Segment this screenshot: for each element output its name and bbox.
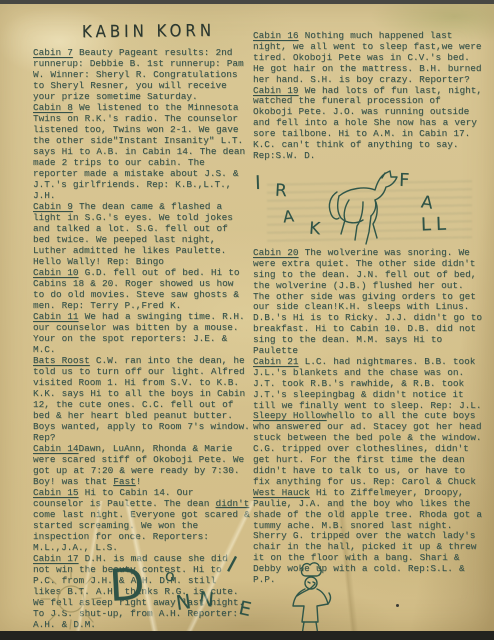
- section-heading: Cabin 7: [33, 47, 73, 58]
- ink-dot: [396, 604, 399, 607]
- underlined-word: Fast: [113, 476, 136, 487]
- section-heading: Cabin 8: [33, 102, 73, 113]
- scan-edge-bottom: [0, 631, 494, 640]
- section-heading: Cabin 21: [253, 356, 299, 367]
- section-heading: West Hauck: [253, 487, 310, 498]
- hand-letter-donnie: N: [198, 586, 215, 611]
- section-sleepy-hollow: Sleepy Hollowhello to all the cute boys …: [253, 411, 486, 487]
- hand-letter-donnie: D: [108, 559, 146, 612]
- section-cabin-14: Cabin 14Dawn, LuAnn, Rhonda & Marie were…: [33, 443, 250, 487]
- section-body: We had lots of fun last, night, watched …: [253, 85, 482, 161]
- page-title: KABIN KORN: [82, 20, 215, 42]
- hand-letter: A: [420, 197, 433, 209]
- section-heading: Cabin 19: [253, 85, 299, 96]
- section-heading: Cabin 9: [33, 201, 73, 212]
- newsletter-page: KABIN KORN Cabin 7 Beauty Pageant result…: [0, 4, 494, 631]
- section-body: The wolverine was snoring. We were extra…: [253, 247, 482, 356]
- left-column: Cabin 7 Beauty Pageant results: 2nd runn…: [33, 47, 250, 630]
- section-body: hello to all the cute boys who answered …: [253, 410, 482, 486]
- section-cabin-21: Cabin 21 L.C. had nightmares. B.B. took …: [253, 357, 486, 412]
- section-heading: Sleepy Hollow: [253, 410, 327, 421]
- section-heading: Cabin 11: [33, 311, 79, 322]
- horse-icon: [319, 170, 419, 246]
- section-heading: Cabin 20: [253, 247, 299, 258]
- hand-letter: LL: [421, 219, 451, 231]
- right-column: Cabin 16 Nothing much happened last nigh…: [253, 31, 486, 586]
- section-body: We listened to the Minnesota Twins on R.…: [33, 102, 245, 201]
- section-cabin-7: Cabin 7 Beauty Pageant results: 2nd runn…: [33, 47, 250, 102]
- section-cabin-16: Cabin 16 Nothing much happened last nigh…: [253, 31, 486, 86]
- hand-letter-donnie: N: [174, 589, 192, 615]
- underlined-word: didn't: [216, 498, 250, 509]
- section-heading: Cabin 15: [33, 487, 79, 498]
- section-body-tail: !: [136, 476, 142, 487]
- section-heading: Cabin 17: [33, 553, 79, 564]
- section-cabin-8: Cabin 8 We listened to the Minnesota Twi…: [33, 102, 250, 201]
- hand-letter: I: [255, 178, 261, 189]
- section-cabin-15: Cabin 15 Hi to Cabin 14. Our counselor i…: [33, 487, 250, 553]
- section-cabin-20: Cabin 20 The wolverine was snoring. We w…: [253, 248, 486, 357]
- hand-letter: R: [275, 186, 287, 198]
- section-bats-roost: Bats Roost C.W. ran into the dean, he to…: [33, 355, 250, 443]
- hand-letter-donnie: o: [164, 566, 176, 586]
- chef-icon: [284, 562, 342, 638]
- section-cabin-10: Cabin 10 G.D. fell out of bed. Hi to Cab…: [33, 267, 250, 311]
- hand-letter: A: [282, 211, 294, 223]
- section-cabin-19: Cabin 19 We had lots of fun last, night,…: [253, 86, 486, 162]
- section-body: C.W. ran into the dean, he told us to tu…: [33, 355, 250, 443]
- section-heading: Cabin 14: [33, 443, 79, 454]
- section-cabin-9: Cabin 9 The dean came & flashed a light …: [33, 201, 250, 267]
- section-body-tail: come last night. Everyone got scared & s…: [33, 509, 250, 553]
- section-heading: Bats Roost: [33, 355, 90, 366]
- section-heading: Cabin 10: [33, 267, 79, 278]
- horse-doodle-area: I R A K F A LL: [253, 162, 486, 248]
- sun-icon: [38, 566, 104, 632]
- section-cabin-11: Cabin 11 We had a swinging time. R.H. ou…: [33, 311, 250, 355]
- section-heading: Cabin 16: [253, 30, 299, 41]
